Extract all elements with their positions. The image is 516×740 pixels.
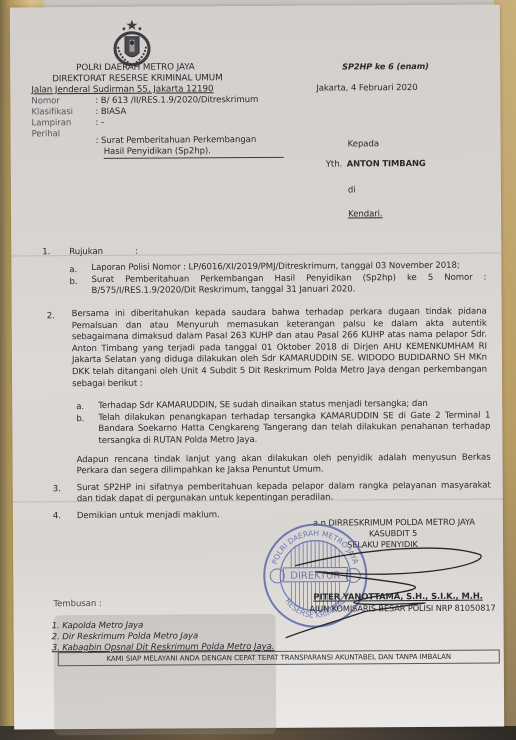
klasifikasi-value: : BIASA	[95, 107, 126, 118]
cc-item-2: 2. Dir Reskrimum Polda Metro Jaya	[52, 631, 199, 643]
item-2a-letter: a.	[76, 402, 84, 413]
para-3-text: Surat SP2HP ini sifatnya pemberitahuan k…	[77, 481, 491, 506]
kepada-label: Kepada	[348, 139, 379, 150]
para-2-number: 2.	[47, 311, 55, 322]
cc-label: Tembusan :	[53, 599, 101, 610]
para-2-text: Bersama ini diberitahukan kepada saudara…	[72, 307, 487, 391]
place-date: Jakarta, 4 Februari 2020	[316, 83, 417, 95]
service-motto: KAMI SIAP MELAYANI ANDA DENGAN CEPAT TEP…	[106, 653, 451, 663]
police-emblem-icon	[110, 19, 154, 69]
nomor-value: : B/ 613 /II/RES.1.9/2020/Ditreskrimum	[95, 95, 258, 107]
institution-name: POLRI DAERAH METRO JAYA	[76, 62, 195, 74]
signatory-rank: AJUN KOMISARIS BESAR POLISI NRP 81050817	[309, 603, 495, 615]
sp2hp-number: SP2HP ke 6 (enam)	[342, 61, 429, 73]
para-2-followup: Adapun rencana tindak lanjut yang akan d…	[77, 453, 491, 478]
perihal-underline	[104, 157, 284, 159]
perihal-value-line2: Hasil Penyidikan (Sp2hp).	[104, 146, 211, 158]
recipient-city: Kendari.	[348, 209, 383, 220]
para-1-title: Rujukan	[69, 247, 103, 258]
para-4-text: Demikian untuk menjadi maklum.	[77, 510, 220, 522]
para-1-colon: :	[135, 247, 138, 258]
para-3-number: 3.	[53, 484, 61, 495]
item-2b-text: Telah dilakukan penangkapan terhadap ter…	[98, 411, 490, 447]
lampiran-value: : -	[95, 118, 104, 129]
para-1-number: 1.	[42, 247, 50, 258]
para-4-number: 4.	[53, 511, 61, 522]
klasifikasi-label: Klasifikasi	[31, 107, 73, 118]
letter-page: POLRI DAERAH METRO JAYA DIREKTORAT RESER…	[10, 5, 504, 730]
perihal-value-line1: : Surat Pemberitahuan Perkembangan	[96, 135, 257, 147]
cc-item-1: 1. Kapolda Metro Jaya	[52, 621, 144, 633]
item-2b-letter: b.	[76, 414, 84, 425]
service-motto-box: KAMI SIAP MELAYANI ANDA DENGAN CEPAT TEP…	[58, 650, 500, 667]
item-1b-text: Surat Pemberitahuan Perkembangan Hasil P…	[91, 273, 486, 298]
di-label: di	[348, 185, 356, 196]
perihal-label: Perihal	[32, 129, 61, 140]
yth-label: Yth.	[326, 159, 342, 170]
recipient-name: ANTON TIMBANG	[347, 158, 426, 169]
handwritten-signature-icon	[275, 533, 486, 644]
item-1b-letter: b.	[69, 277, 77, 288]
signatory-name: PITER YANOTTAMA, S.H., S.I.K., M.H.	[313, 591, 483, 603]
lampiran-label: Lampiran	[31, 118, 71, 129]
item-1a-letter: a.	[69, 265, 77, 276]
nomor-label: Nomor	[31, 96, 59, 107]
